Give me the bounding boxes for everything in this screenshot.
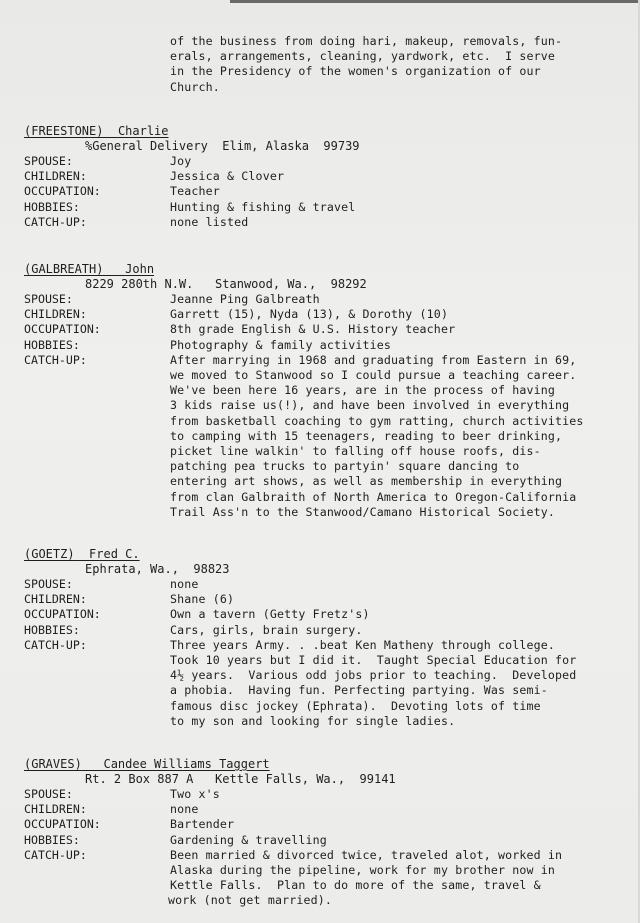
catch-up-row: CATCH-UP: After marrying in 1968 and gra… [24, 353, 624, 520]
children-value: Shane (6) [170, 592, 624, 607]
occupation-value: Bartender [170, 817, 624, 832]
entry-heading: (GRAVES) Candee Williams Taggert [24, 757, 624, 772]
given-name: Charlie [118, 124, 169, 138]
catch-up-line: Took 10 years but I did it. Taught Speci… [170, 653, 624, 668]
catch-up-line: entering art shows, as well as membershi… [170, 474, 624, 489]
children-row: CHILDREN:Jessica & Clover [24, 169, 624, 184]
catch-up-line: famous disc jockey (Ephrata). Devoting l… [170, 699, 624, 714]
hobbies-label: HOBBIES: [24, 338, 170, 353]
document-page: of the business from doing hari, makeup,… [0, 0, 640, 923]
children-row: CHILDREN:none [24, 802, 624, 817]
occupation-row: OCCUPATION:8th grade English & U.S. Hist… [24, 322, 624, 337]
hobbies-label: HOBBIES: [24, 833, 170, 848]
catch-up-line: After marrying in 1968 and graduating fr… [170, 353, 624, 368]
entry-heading: (FREESTONE) Charlie [24, 124, 624, 139]
catch-up-line: none listed [170, 215, 624, 230]
catch-up-line: work (not get married). [168, 893, 624, 908]
catch-up-label: CATCH-UP: [24, 353, 170, 520]
spouse-value: Joy [170, 154, 624, 169]
catch-up-row: CATCH-UP: none listed [24, 215, 624, 230]
entry-address: Ephrata, Wa., 98823 [24, 562, 624, 577]
spouse-label: SPOUSE: [24, 787, 170, 802]
catch-up-line: patching pea trucks to partyin' square d… [170, 459, 624, 474]
hobbies-row: HOBBIES:Cars, girls, brain surgery. [24, 623, 624, 638]
maiden-name: (GALBREATH) [24, 262, 103, 276]
children-label: CHILDREN: [24, 592, 170, 607]
maiden-name: (GRAVES) [24, 757, 82, 771]
given-name: Fred C. [89, 547, 140, 561]
spouse-label: SPOUSE: [24, 292, 170, 307]
occupation-row: OCCUPATION:Own a tavern (Getty Fretz's) [24, 607, 624, 622]
catch-up-label: CATCH-UP: [24, 638, 170, 729]
occupation-row: OCCUPATION:Teacher [24, 184, 624, 199]
catch-up-line: Alaska during the pipeline, work for my … [170, 863, 624, 878]
occupation-label: OCCUPATION: [24, 184, 170, 199]
catch-up-line: Trail Ass'n to the Stanwood/Camano Histo… [170, 505, 624, 520]
hobbies-value: Hunting & fishing & travel [170, 200, 624, 215]
catch-up-label: CATCH-UP: [24, 848, 170, 909]
hobbies-label: HOBBIES: [24, 200, 170, 215]
entry-address: Rt. 2 Box 887 A Kettle Falls, Wa., 99141 [24, 772, 624, 787]
spouse-value: none [170, 577, 624, 592]
catch-up-line: from basketball coaching to gym ratting,… [170, 414, 624, 429]
catch-up-line: We've been here 16 years, are in the pro… [170, 383, 624, 398]
spouse-row: SPOUSE:none [24, 577, 624, 592]
catch-up-line: Been married & divorced twice, traveled … [170, 848, 624, 863]
spouse-row: SPOUSE:Two x's [24, 787, 624, 802]
given-name: John [125, 262, 154, 276]
children-value: Jessica & Clover [170, 169, 624, 184]
children-label: CHILDREN: [24, 802, 170, 817]
occupation-label: OCCUPATION: [24, 817, 170, 832]
occupation-value: Own a tavern (Getty Fretz's) [170, 607, 624, 622]
hobbies-row: HOBBIES:Gardening & travelling [24, 833, 624, 848]
children-label: CHILDREN: [24, 307, 170, 322]
alumni-entry: (GALBREATH) John 8229 280th N.W. Stanwoo… [24, 262, 624, 520]
entry-address: 8229 280th N.W. Stanwood, Wa., 98292 [24, 277, 624, 292]
catch-up-text: Been married & divorced twice, traveled … [170, 848, 624, 909]
alumni-entry: (GOETZ) Fred C. Ephrata, Wa., 98823 SPOU… [24, 547, 624, 729]
catch-up-text: After marrying in 1968 and graduating fr… [170, 353, 624, 520]
entry-heading: (GOETZ) Fred C. [24, 547, 624, 562]
occupation-label: OCCUPATION: [24, 607, 170, 622]
entry-address: %General Delivery Elim, Alaska 99739 [24, 139, 624, 154]
catch-up-line: Kettle Falls. Plan to do more of the sam… [170, 878, 624, 893]
spouse-row: SPOUSE:Jeanne Ping Galbreath [24, 292, 624, 307]
children-value: none [170, 802, 624, 817]
catch-up-text: Three years Army. . .beat Ken Matheny th… [170, 638, 624, 729]
catch-up-line: we moved to Stanwood so I could pursue a… [170, 368, 624, 383]
spouse-label: SPOUSE: [24, 154, 170, 169]
children-label: CHILDREN: [24, 169, 170, 184]
entry-heading: (GALBREATH) John [24, 262, 624, 277]
page-top-edge [230, 0, 640, 3]
catch-up-line: 4½ years. Various odd jobs prior to teac… [170, 668, 624, 683]
catch-up-line: from clan Galbraith of North America to … [170, 490, 624, 505]
continued-paragraph: of the business from doing hari, makeup,… [170, 34, 610, 95]
spouse-row: SPOUSE:Joy [24, 154, 624, 169]
spouse-label: SPOUSE: [24, 577, 170, 592]
spouse-value: Jeanne Ping Galbreath [170, 292, 624, 307]
alumni-entry: (GRAVES) Candee Williams Taggert Rt. 2 B… [24, 757, 624, 909]
occupation-row: OCCUPATION:Bartender [24, 817, 624, 832]
hobbies-label: HOBBIES: [24, 623, 170, 638]
hobbies-row: HOBBIES:Hunting & fishing & travel [24, 200, 624, 215]
catch-up-line: picket line walkin' to falling off house… [170, 444, 624, 459]
paragraph-line: of the business from doing hari, makeup,… [170, 34, 610, 49]
catch-up-line: to my son and looking for single ladies. [170, 714, 624, 729]
spouse-value: Two x's [170, 787, 624, 802]
catch-up-text: none listed [170, 215, 624, 230]
occupation-value: 8th grade English & U.S. History teacher [170, 322, 624, 337]
maiden-name: (GOETZ) [24, 547, 75, 561]
hobbies-value: Gardening & travelling [170, 833, 624, 848]
given-name: Candee Williams Taggert [103, 757, 269, 771]
catch-up-row: CATCH-UP: Been married & divorced twice,… [24, 848, 624, 909]
catch-up-row: CATCH-UP: Three years Army. . .beat Ken … [24, 638, 624, 729]
occupation-value: Teacher [170, 184, 624, 199]
alumni-entry: (FREESTONE) Charlie %General Delivery El… [24, 124, 624, 230]
children-row: CHILDREN:Garrett (15), Nyda (13), & Doro… [24, 307, 624, 322]
catch-up-line: to camping with 15 teenagers, reading to… [170, 429, 624, 444]
hobbies-value: Photography & family activities [170, 338, 624, 353]
occupation-label: OCCUPATION: [24, 322, 170, 337]
catch-up-line: 3 kids raise us(!), and have been involv… [170, 398, 624, 413]
paragraph-line: Church. [170, 80, 610, 95]
children-value: Garrett (15), Nyda (13), & Dorothy (10) [170, 307, 624, 322]
catch-up-label: CATCH-UP: [24, 215, 170, 230]
children-row: CHILDREN:Shane (6) [24, 592, 624, 607]
hobbies-value: Cars, girls, brain surgery. [170, 623, 624, 638]
paragraph-line: in the Presidency of the women's organiz… [170, 64, 610, 79]
maiden-name: (FREESTONE) [24, 124, 103, 138]
hobbies-row: HOBBIES:Photography & family activities [24, 338, 624, 353]
catch-up-line: a phobia. Having fun. Perfecting partyin… [170, 683, 624, 698]
catch-up-line: Three years Army. . .beat Ken Matheny th… [170, 638, 624, 653]
paragraph-line: erals, arrangements, cleaning, yardwork,… [170, 49, 610, 64]
